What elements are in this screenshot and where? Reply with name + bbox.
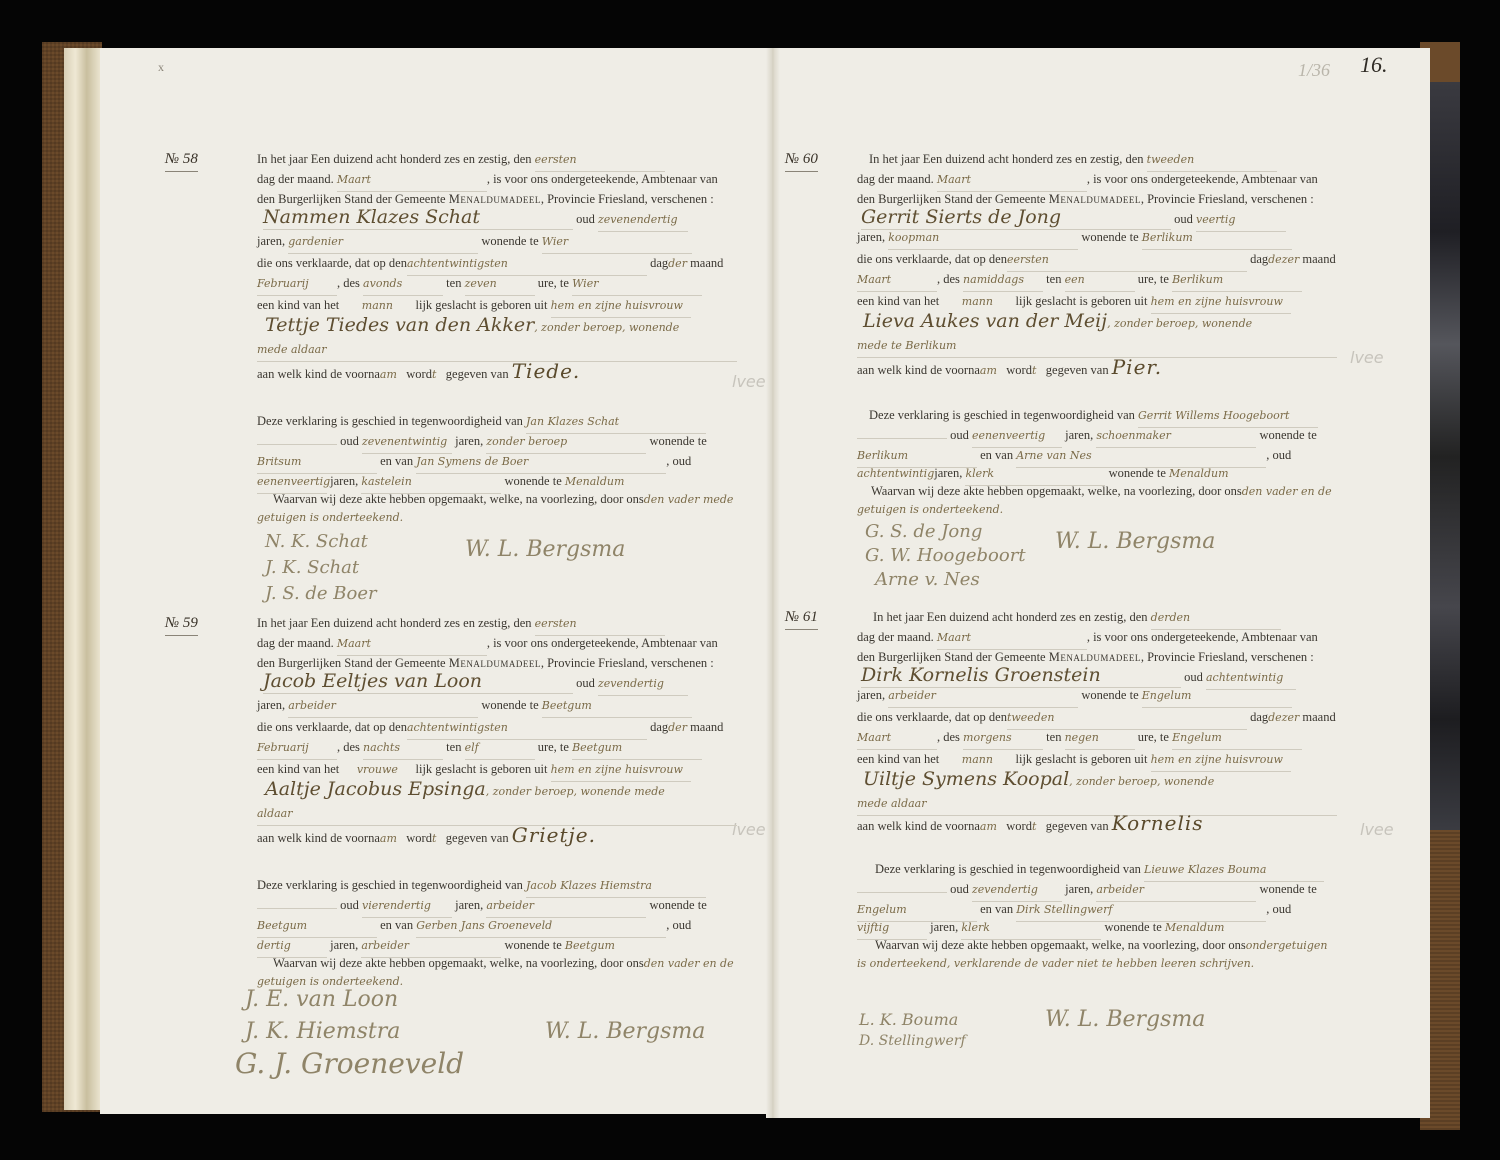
printed-text: lijk geslacht is geboren uit [1016, 752, 1148, 766]
printed-text: , Provincie Friesland, verschenen : [1141, 650, 1314, 664]
mother-note: , zonder beroep, wonende [1069, 775, 1214, 788]
printed-text: , Provincie Friesland, verschenen : [541, 656, 714, 670]
printed-text: Waarvan wij deze akte hebben opgemaakt, … [273, 492, 644, 506]
printed-text: wonende te [649, 434, 706, 448]
printed-text: dag der maand. [857, 172, 934, 186]
signature: G. J. Groeneveld [235, 1052, 464, 1075]
printed-text: Deze verklaring is geschied in tegenwoor… [257, 878, 523, 892]
mother-name: Tettje Tiedes van den Akker [265, 314, 534, 336]
birth-day-of: dezer [1268, 253, 1299, 266]
printed-text: jaren, [455, 434, 483, 448]
official-signature: W. L. Bergsma [545, 1020, 705, 1043]
closing-text: ondergetuigen [1246, 939, 1328, 952]
printed-text: Deze verklaring is geschied in tegenwoor… [869, 408, 1135, 422]
printed-text: , oud [1266, 902, 1291, 916]
signature: Arne v. Nes [875, 568, 980, 591]
printed-text: wonende te [1259, 882, 1316, 896]
closing-text-2: is onderteekend, verklarende de vader ni… [857, 957, 1254, 970]
witness2-residence: Menaldum [1165, 921, 1225, 934]
printed-text: jaren, [257, 234, 285, 248]
printed-text: ure, te [538, 740, 569, 754]
declarant-age: zevendertig [598, 672, 688, 696]
birth-month: Maart [857, 726, 937, 750]
closing-text: den vader en de [1242, 485, 1332, 498]
mother-name: Aaltje Jacobus Epsinga [265, 778, 486, 800]
child-name: Pier. [1112, 355, 1162, 379]
printed-text: gegeven van [446, 831, 509, 845]
printed-text: ure, te [1138, 272, 1169, 286]
mother-name: Uiltje Symens Koopal [863, 768, 1069, 790]
time-of-day: morgens [963, 726, 1043, 750]
printed-text: wonende te [1081, 230, 1138, 244]
birth-hour: een [1065, 268, 1135, 292]
child-name: Tiede. [512, 359, 581, 383]
municipality: Menaldumadeel [1049, 650, 1141, 664]
declarant-occupation: koopman [888, 226, 1078, 250]
printed-text: aan welk kind de voorna [857, 819, 980, 833]
signature: N. K. Schat [265, 530, 368, 553]
printed-text: en van [980, 902, 1013, 916]
printed-text: die ons verklaarde, dat op den [857, 252, 1007, 266]
record-number: № 61 [785, 606, 818, 630]
closing-text-2: getuigen is onderteekend. [857, 503, 1003, 516]
child-name: Kornelis [1112, 811, 1204, 835]
printed-text: maand [690, 720, 723, 734]
printed-text: dag [650, 256, 668, 270]
closing-text-2: getuigen is onderteekend. [257, 511, 403, 524]
name-suffix: am [380, 368, 397, 381]
printed-text: oud [950, 428, 969, 442]
printed-text: dag der maand. [857, 630, 934, 644]
witness2-residence: Menaldum [1169, 467, 1229, 480]
printed-text: die ons verklaarde, dat op den [857, 710, 1007, 724]
declarant-occupation: arbeider [288, 694, 478, 718]
witness2-age: achtentwintig [857, 467, 934, 480]
printed-text: word [1006, 363, 1032, 377]
printed-text: jaren, [857, 230, 885, 244]
printed-text: wonende te [1109, 466, 1166, 480]
mother-note-2: mede te Berlikum [857, 334, 1337, 358]
printed-text: gegeven van [446, 367, 509, 381]
signature: G. W. Hoogeboort [865, 544, 1026, 567]
printed-text: , oud [666, 454, 691, 468]
printed-text: een kind van het [257, 298, 339, 312]
birth-day-of: dezer [1268, 711, 1299, 724]
birth-day-of: der [668, 257, 687, 270]
printed-text: aan welk kind de voorna [857, 363, 980, 377]
printed-text: jaren, [857, 688, 885, 702]
printed-text: word [406, 367, 432, 381]
wordt-suffix: t [432, 368, 436, 381]
declarant-residence: Berlikum [1142, 226, 1292, 250]
printed-text: lijk geslacht is geboren uit [416, 762, 548, 776]
wordt-suffix: t [1032, 364, 1036, 377]
printed-text: jaren, [930, 920, 958, 934]
printed-text: wonende te [1104, 920, 1161, 934]
municipality: Menaldumadeel [449, 192, 541, 206]
printed-text: lijk geslacht is geboren uit [416, 298, 548, 312]
printed-text: maand [1302, 252, 1335, 266]
margin-note: lvee [1360, 820, 1394, 839]
printed-text: gegeven van [1046, 363, 1109, 377]
printed-text: en van [380, 918, 413, 932]
printed-text: dag [650, 720, 668, 734]
printed-text: oud [340, 434, 359, 448]
printed-text: wonende te [1259, 428, 1316, 442]
printed-text: , is voor ons ondergeteekende, Ambtenaar… [1087, 630, 1318, 644]
printed-text: den Burgerlijken Stand der Gemeente [257, 192, 446, 206]
printed-text: den Burgerlijken Stand der Gemeente [257, 656, 446, 670]
municipality: Menaldumadeel [1049, 192, 1141, 206]
printed-text: een kind van het [857, 752, 939, 766]
printed-text: Waarvan wij deze akte hebben opgemaakt, … [871, 484, 1242, 498]
printed-text: oud [576, 676, 595, 690]
birth-place: Beetgum [572, 736, 702, 760]
printed-text: , oud [666, 918, 691, 932]
time-of-day: nachts [363, 736, 443, 760]
printed-text: ten [1046, 730, 1061, 744]
declarant-occupation: gardenier [288, 230, 478, 254]
printed-text: die ons verklaarde, dat op den [257, 720, 407, 734]
printed-text: wonende te [504, 474, 561, 488]
printed-text: jaren, [934, 466, 962, 480]
birth-place: Engelum [1172, 726, 1302, 750]
birth-hour: negen [1065, 726, 1135, 750]
printed-text: den Burgerlijken Stand der Gemeente [857, 192, 1046, 206]
mother-note: , zonder beroep, wonende [1107, 317, 1252, 330]
printed-text: , is voor ons ondergeteekende, Ambtenaar… [487, 636, 718, 650]
time-of-day: namiddags [963, 268, 1043, 292]
printed-text: aan welk kind de voorna [257, 367, 380, 381]
margin-note: lvee [1350, 348, 1384, 367]
signature: G. S. de Jong [865, 520, 982, 543]
declarant-residence: Wier [542, 230, 692, 254]
printed-text: dag [1250, 710, 1268, 724]
printed-text: In het jaar Een duizend acht honderd zes… [257, 152, 532, 166]
printed-text: dag der maand. [257, 172, 334, 186]
printed-text: , des [337, 276, 360, 290]
printed-text: , is voor ons ondergeteekende, Ambtenaar… [1087, 172, 1318, 186]
printed-text: aan welk kind de voorna [257, 831, 380, 845]
margin-note: lvee [732, 820, 766, 839]
declarant-name: Jacob Eeltjes van Loon [263, 670, 573, 694]
printed-text: , des [937, 272, 960, 286]
closing-text: den vader mede [644, 493, 734, 506]
printed-text: oud [950, 882, 969, 896]
printed-text: word [406, 831, 432, 845]
printed-text: maand [690, 256, 723, 270]
record-number: № 58 [165, 148, 198, 172]
time-of-day: avonds [363, 272, 443, 296]
record-number: № 60 [785, 148, 818, 172]
birth-month: Februarij [257, 272, 337, 296]
name-suffix: am [380, 832, 397, 845]
municipality: Menaldumadeel [449, 656, 541, 670]
printed-text: een kind van het [257, 762, 339, 776]
printed-text: wonende te [504, 938, 561, 952]
official-signature: W. L. Bergsma [465, 538, 625, 561]
birth-place: Wier [572, 272, 702, 296]
printed-text: den Burgerlijken Stand der Gemeente [857, 650, 1046, 664]
printed-text: jaren, [1065, 882, 1093, 896]
printed-text: ten [446, 276, 461, 290]
official-signature: W. L. Bergsma [1055, 530, 1215, 553]
printed-text: , is voor ons ondergeteekende, Ambtenaar… [487, 172, 718, 186]
mother-note: , zonder beroep, wonende mede [486, 785, 665, 798]
birth-hour: elf [465, 736, 535, 760]
printed-text: jaren, [455, 898, 483, 912]
printed-text: In het jaar Een duizend acht honderd zes… [869, 152, 1144, 166]
left-corner-mark: x [158, 60, 164, 75]
printed-text: oud [1174, 212, 1193, 226]
printed-text: ten [446, 740, 461, 754]
printed-text: lijk geslacht is geboren uit [1016, 294, 1148, 308]
printed-text: , des [937, 730, 960, 744]
declarant-residence: Beetgum [542, 694, 692, 718]
printed-text: Deze verklaring is geschied in tegenwoor… [875, 862, 1141, 876]
book-gutter [766, 48, 780, 1118]
printed-text: oud [340, 898, 359, 912]
declarant-age: zevenendertig [598, 208, 688, 232]
printed-text: ten [1046, 272, 1061, 286]
printed-text: In het jaar Een duizend acht honderd zes… [257, 616, 532, 630]
signature: J. S. de Boer [265, 582, 377, 605]
printed-text: wonende te [649, 898, 706, 912]
printed-text: , des [337, 740, 360, 754]
printed-text: , Provincie Friesland, verschenen : [541, 192, 714, 206]
declarant-occupation: arbeider [888, 684, 1078, 708]
printed-text: jaren, [257, 698, 285, 712]
printed-text: In het jaar Een duizend acht honderd zes… [873, 610, 1148, 624]
printed-text: jaren, [330, 938, 358, 952]
margin-note: lvee [732, 372, 766, 391]
printed-text: maand [1302, 710, 1335, 724]
printed-text: Waarvan wij deze akte hebben opgemaakt, … [875, 938, 1246, 952]
signature: L. K. Bouma [859, 1008, 958, 1031]
declarant-residence: Engelum [1142, 684, 1292, 708]
printed-text: Waarvan wij deze akte hebben opgemaakt, … [273, 956, 644, 970]
printed-text: oud [576, 212, 595, 226]
signature: J. K. Hiemstra [245, 1020, 400, 1043]
printed-text: dag [1250, 252, 1268, 266]
birth-hour: zeven [465, 272, 535, 296]
mother-note-2: aldaar [257, 802, 737, 826]
signature: D. Stellingwerf [859, 1030, 966, 1053]
printed-text: en van [380, 454, 413, 468]
signature: J. K. Schat [265, 556, 359, 579]
wordt-suffix: t [432, 832, 436, 845]
printed-text: word [1006, 819, 1032, 833]
declarant-name: Nammen Klazes Schat [263, 206, 573, 230]
page-pencil-mark: 1/36 [1298, 60, 1330, 81]
birth-month: Februarij [257, 736, 337, 760]
name-suffix: am [980, 364, 997, 377]
printed-text: wonende te [1081, 688, 1138, 702]
birth-month: Maart [857, 268, 937, 292]
printed-text: wonende te [481, 234, 538, 248]
name-suffix: am [980, 820, 997, 833]
official-signature: W. L. Bergsma [1045, 1008, 1205, 1031]
mother-note-2: mede aldaar [257, 338, 737, 362]
printed-text: jaren, [330, 474, 358, 488]
printed-text: oud [1184, 670, 1203, 684]
child-name: Grietje. [512, 823, 596, 847]
witness2-residence: Beetgum [565, 939, 615, 952]
signature: J. E. van Loon [245, 988, 398, 1011]
record-number: № 59 [165, 612, 198, 636]
printed-text: een kind van het [857, 294, 939, 308]
printed-text: dag der maand. [257, 636, 334, 650]
witness2-residence: Menaldum [565, 475, 625, 488]
printed-text: gegeven van [1046, 819, 1109, 833]
printed-text: , Provincie Friesland, verschenen : [1141, 192, 1314, 206]
printed-text: ure, te [538, 276, 569, 290]
birth-place: Berlikum [1172, 268, 1302, 292]
printed-text: ure, te [1138, 730, 1169, 744]
wordt-suffix: t [1032, 820, 1036, 833]
printed-text: , oud [1266, 448, 1291, 462]
printed-text: en van [980, 448, 1013, 462]
printed-text: jaren, [1065, 428, 1093, 442]
page-number: 16. [1360, 52, 1388, 78]
printed-text: die ons verklaarde, dat op den [257, 256, 407, 270]
closing-text: den vader en de [644, 957, 734, 970]
mother-name: Lieva Aukes van der Meij [863, 310, 1107, 332]
printed-text: Deze verklaring is geschied in tegenwoor… [257, 414, 523, 428]
printed-text: wonende te [481, 698, 538, 712]
mother-note: , zonder beroep, wonende [534, 321, 679, 334]
page-edges-left [64, 48, 102, 1110]
birth-day-of: der [668, 721, 687, 734]
